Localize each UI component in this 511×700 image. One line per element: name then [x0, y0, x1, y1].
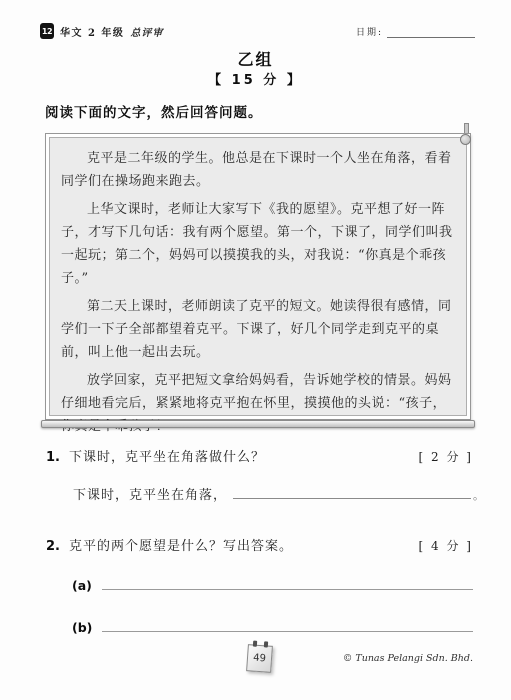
- board-tray: [41, 420, 475, 428]
- part-b-blank-line[interactable]: [102, 619, 473, 632]
- date-field: 日期:: [356, 25, 475, 38]
- answer-prefix-text: 下课时，克平坐在角落，: [73, 484, 227, 503]
- answer-end-period: 。: [473, 487, 484, 503]
- course-title: 华文 2 年级: [60, 24, 124, 39]
- part-b-label: (b): [72, 620, 92, 635]
- passage-board: 克平是二年级的学生。他总是在下课时一个人坐在角落，看着同学们在操场跑来跑去。 上…: [45, 133, 471, 420]
- question-1-number: 1.: [46, 450, 69, 465]
- answer-blank-line[interactable]: [233, 486, 471, 499]
- answer-part-a-row: (a): [72, 577, 473, 593]
- section-marks: 【 15 分 】: [0, 69, 511, 88]
- passage-paragraph: 克平是二年级的学生。他总是在下课时一个人坐在角落，看着同学们在操场跑来跑去。: [61, 147, 455, 193]
- part-a-label: (a): [72, 578, 92, 593]
- calendar-pin-icon: [253, 641, 257, 647]
- board-screw-icon: [460, 134, 471, 145]
- calendar-pin-icon: [264, 641, 268, 647]
- answer-part-b-row: (b): [72, 619, 473, 635]
- question-1-text: 下课时，克平坐在角落做什么？: [69, 446, 419, 465]
- question-2-text: 克平的两个愿望是什么？写出答案。: [69, 535, 419, 554]
- brand-logo-icon: 12: [40, 23, 54, 39]
- question-1-answer-row: 下课时，克平坐在角落， 。: [73, 484, 484, 503]
- question-1-marks: [ 2 分 ]: [419, 448, 473, 465]
- date-blank-line[interactable]: [387, 27, 475, 38]
- question-2-number: 2.: [46, 539, 69, 554]
- section-title: 乙组: [0, 47, 511, 70]
- question-2-marks: [ 4 分 ]: [419, 537, 473, 554]
- passage-paragraph: 上华文课时，老师让大家写下《我的愿望》。克平想了好一阵子，才写下几句话：我有两个…: [61, 198, 455, 290]
- question-1: 1. 下课时，克平坐在角落做什么？ [ 2 分 ]: [46, 446, 473, 465]
- instruction-text: 阅读下面的文字，然后回答问题。: [45, 101, 263, 121]
- passage-paragraph: 第二天上课时，老师朗读了克平的短文。她读得很有感情，同学们一下子全部都望着克平。…: [61, 295, 455, 364]
- page-number: 49: [253, 653, 266, 665]
- series-title: 总评审: [130, 24, 163, 39]
- page-header-left: 12 华文 2 年级 总评审: [40, 23, 163, 39]
- page-number-calendar-icon: 49: [246, 644, 273, 673]
- copyright-text: © Tunas Pelangi Sdn. Bhd.: [343, 653, 473, 664]
- question-2: 2. 克平的两个愿望是什么？写出答案。 [ 4 分 ]: [46, 535, 473, 554]
- date-label: 日期:: [356, 25, 383, 38]
- worksheet-page: 12 华文 2 年级 总评审 日期: 乙组 【 15 分 】 阅读下面的文字，然…: [0, 0, 511, 700]
- part-a-blank-line[interactable]: [102, 577, 473, 590]
